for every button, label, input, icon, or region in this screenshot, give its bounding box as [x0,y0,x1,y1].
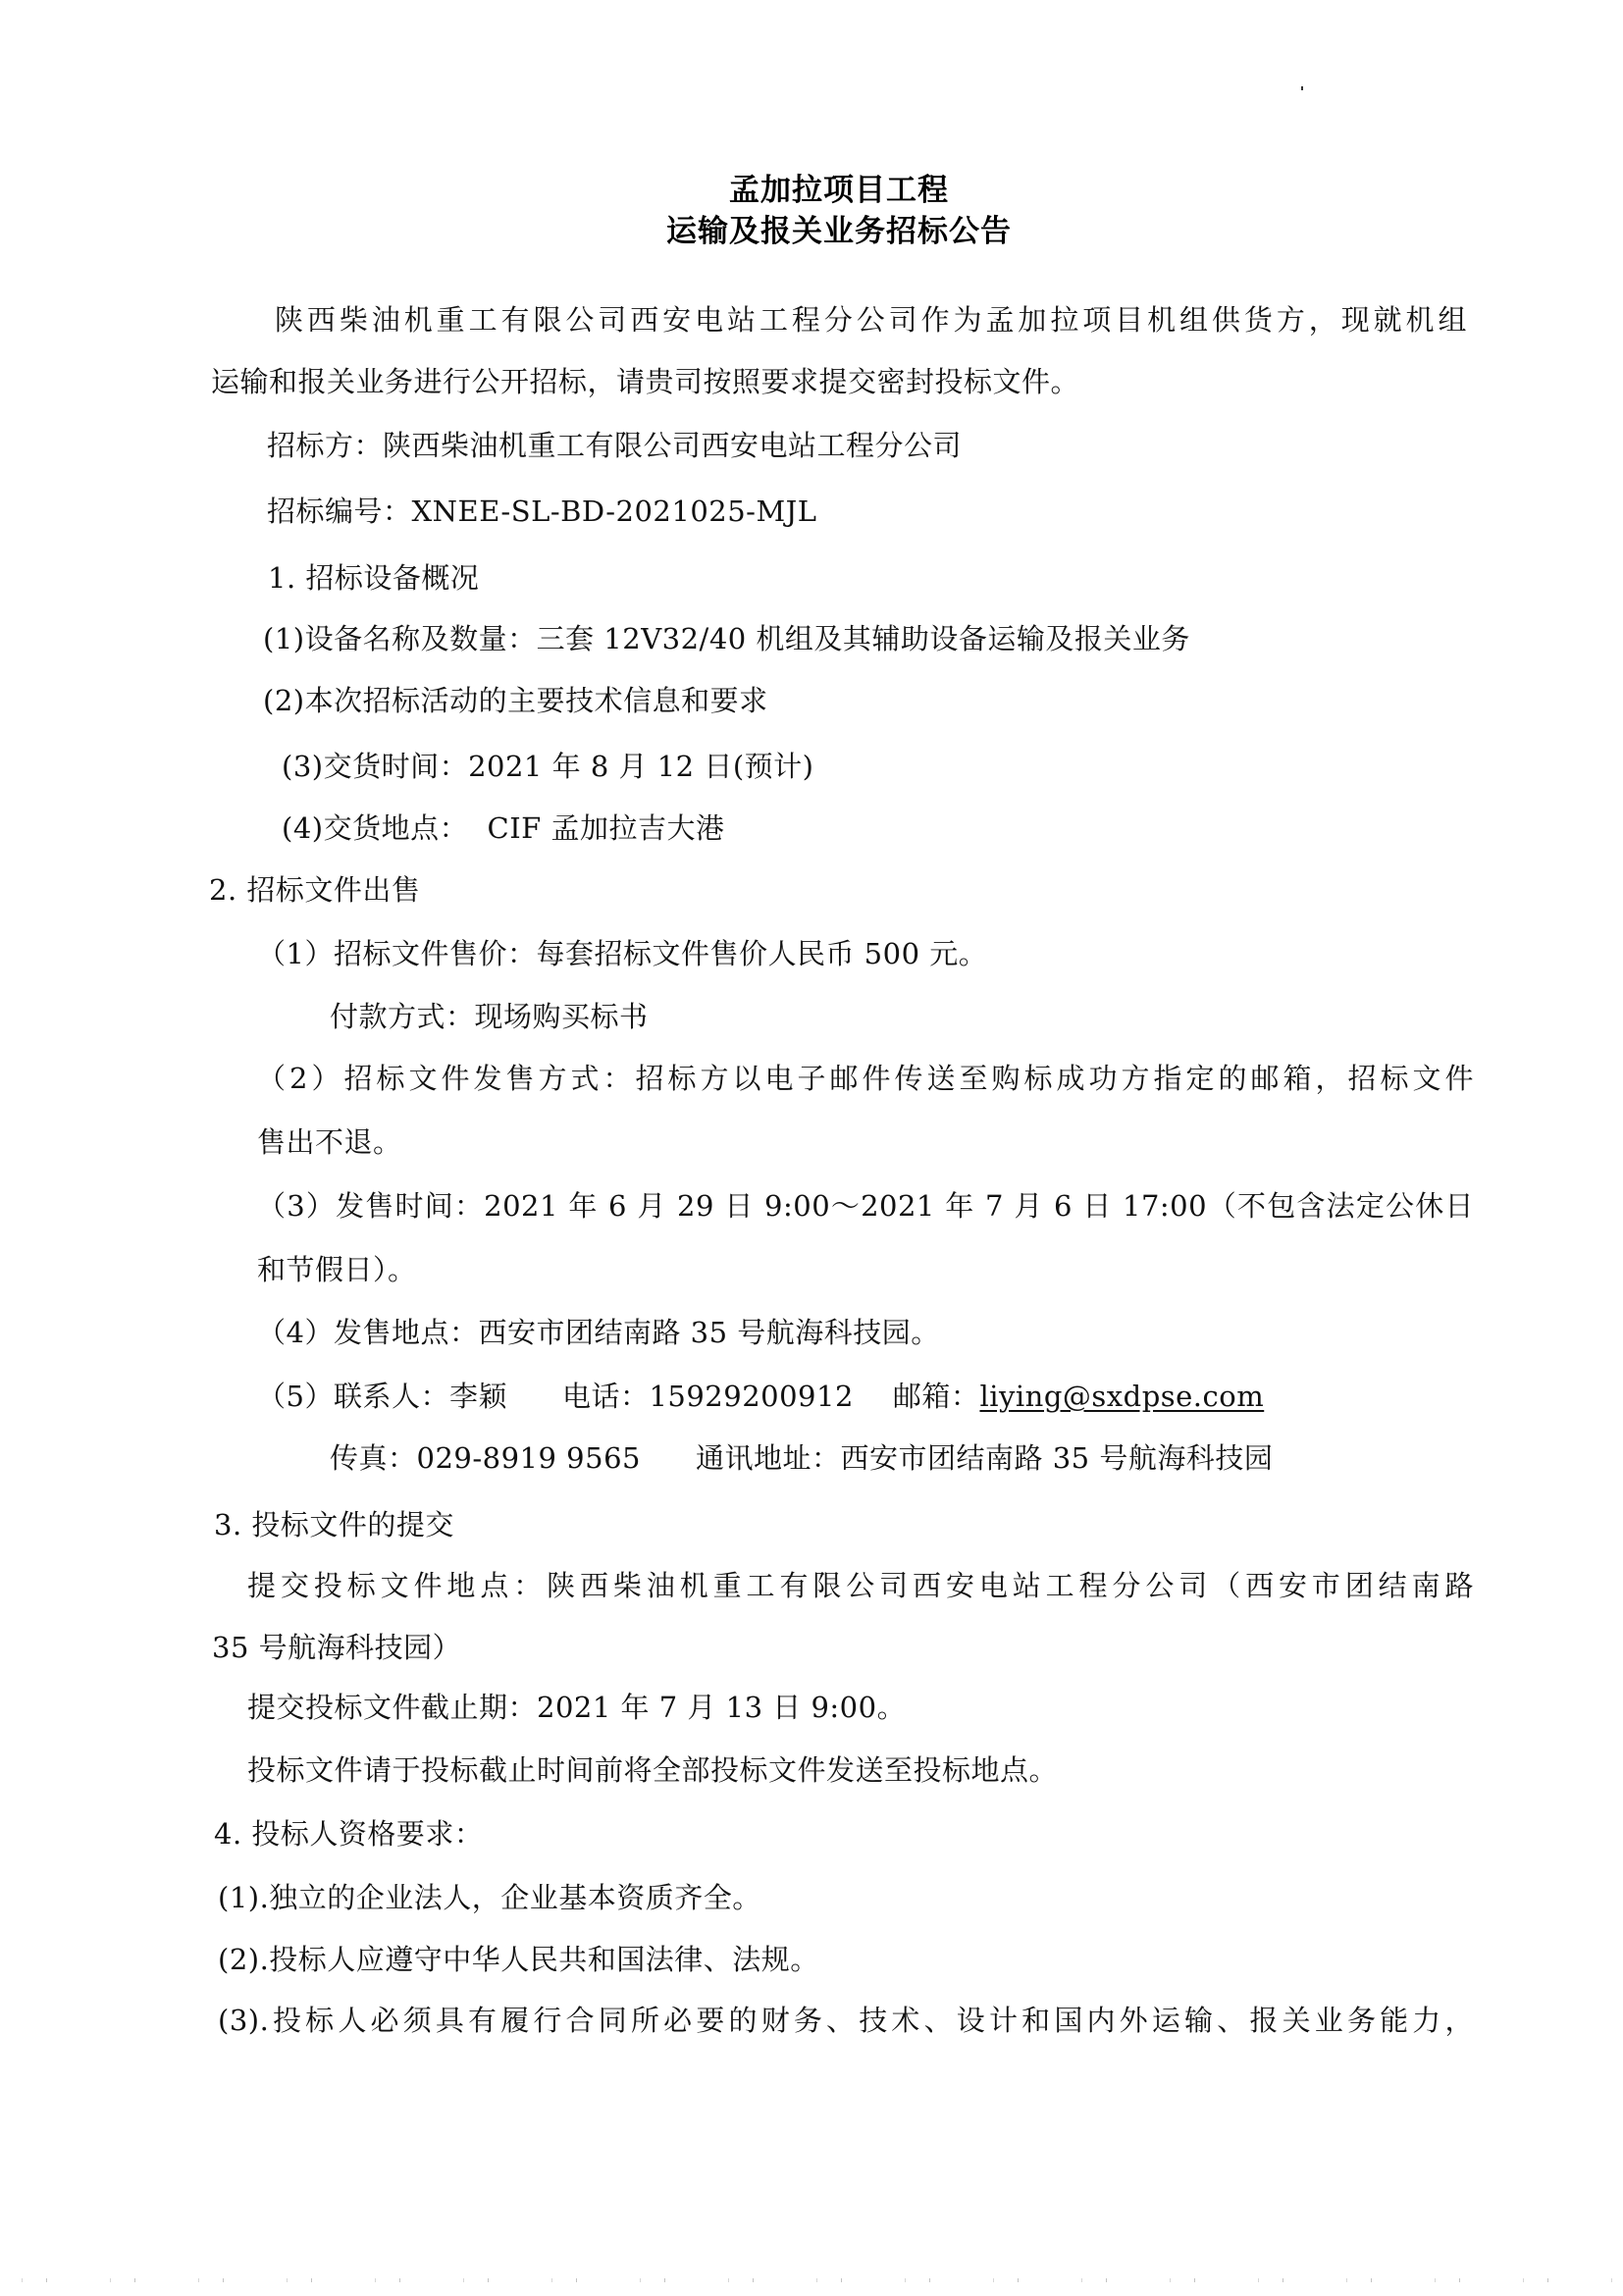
section-2-item-4: （4）发售地点：西安市团结南路 35 号航海科技园。 [257,1315,940,1350]
contact-person: （5）联系人：李颖 [257,1380,507,1413]
contact-phone: 电话：15929200912 [562,1380,854,1413]
section-2-item-2-line-1: （2）招标文件发售方式：招标方以电子邮件传送至购标成功方指定的邮箱，招标文件 [257,1061,1474,1096]
contact-address: 通讯地址：西安市团结南路 35 号航海科技园 [696,1441,1273,1475]
title-line-2: 运输及报关业务招标公告 [0,214,1623,249]
section-3-note: 投标文件请于投标截止时间前将全部投标文件发送至投标地点。 [247,1752,1058,1788]
section-4-heading: 4. 投标人资格要求： [214,1816,483,1852]
section-1-item-2: (2)本次招标活动的主要技术信息和要求 [263,683,768,718]
section-3-heading: 3. 投标文件的提交 [214,1507,454,1542]
document-page: 孟加拉项目工程 运输及报关业务招标公告 陕西柴油机重工有限公司西安电站工程分公司… [0,0,1623,2296]
section-4-item-1: (1).独立的企业法人，企业基本资质齐全。 [218,1880,761,1915]
section-1-item-3: (3)交货时间：2021 年 8 月 12 日(预计) [282,749,813,784]
contact-email-link[interactable]: liying@sxdpse.com [979,1380,1264,1413]
intro-line-2: 运输和报关业务进行公开招标，请贵司按照要求提交密封投标文件。 [211,364,1079,399]
scan-speck [1301,86,1303,90]
title-line-1: 孟加拉项目工程 [0,173,1623,208]
contact-email-label: 邮箱： [893,1380,980,1413]
section-1-item-1: (1)设备名称及数量：三套 12V32/40 机组及其辅助设备运输及报关业务 [263,621,1190,656]
section-2-item-3-line-2: 和节假日）。 [257,1252,417,1287]
section-3-deadline: 提交投标文件截止期：2021 年 7 月 13 日 9:00。 [247,1690,906,1725]
contact-fax: 传真：029-8919 9565 [330,1441,641,1475]
section-2-item-1: （1）招标文件售价：每套招标文件售价人民币 500 元。 [257,936,987,971]
intro-line-1: 陕西柴油机重工有限公司西安电站工程分公司作为孟加拉项目机组供货方，现就机组 [275,302,1467,338]
section-2-item-2-line-2: 售出不退。 [257,1124,402,1160]
section-2-contact-line: （5）联系人：李颖电话：15929200912邮箱：liying@sxdpse.… [257,1379,1264,1414]
scan-edge-artifact [0,2278,1623,2282]
section-1-heading: 1. 招标设备概况 [268,560,479,596]
section-1-item-4: (4)交货地点： CIF 孟加拉吉大港 [282,810,725,846]
section-3-location-line-1: 提交投标文件地点：陕西柴油机重工有限公司西安电站工程分公司（西安市团结南路 [247,1568,1474,1603]
section-2-contact-line-2: 传真：029-8919 9565通讯地址：西安市团结南路 35 号航海科技园 [330,1440,1273,1476]
section-3-location-line-2: 35 号航海科技园） [212,1630,461,1665]
tender-number: 招标编号：XNEE-SL-BD-2021025-MJL [267,494,817,529]
section-4-item-3: (3).投标人必须具有履行合同所必要的财务、技术、设计和国内外运输、报关业务能力… [218,2003,1474,2038]
section-2-heading: 2. 招标文件出售 [209,872,420,908]
section-2-item-3-line-1: （3）发售时间：2021 年 6 月 29 日 9:00～2021 年 7 月 … [257,1188,1474,1224]
section-4-item-2: (2).投标人应遵守中华人民共和国法律、法规。 [218,1942,819,1977]
section-2-payment: 付款方式：现场购买标书 [330,999,649,1034]
tenderer: 招标方：陕西柴油机重工有限公司西安电站工程分公司 [267,428,962,463]
